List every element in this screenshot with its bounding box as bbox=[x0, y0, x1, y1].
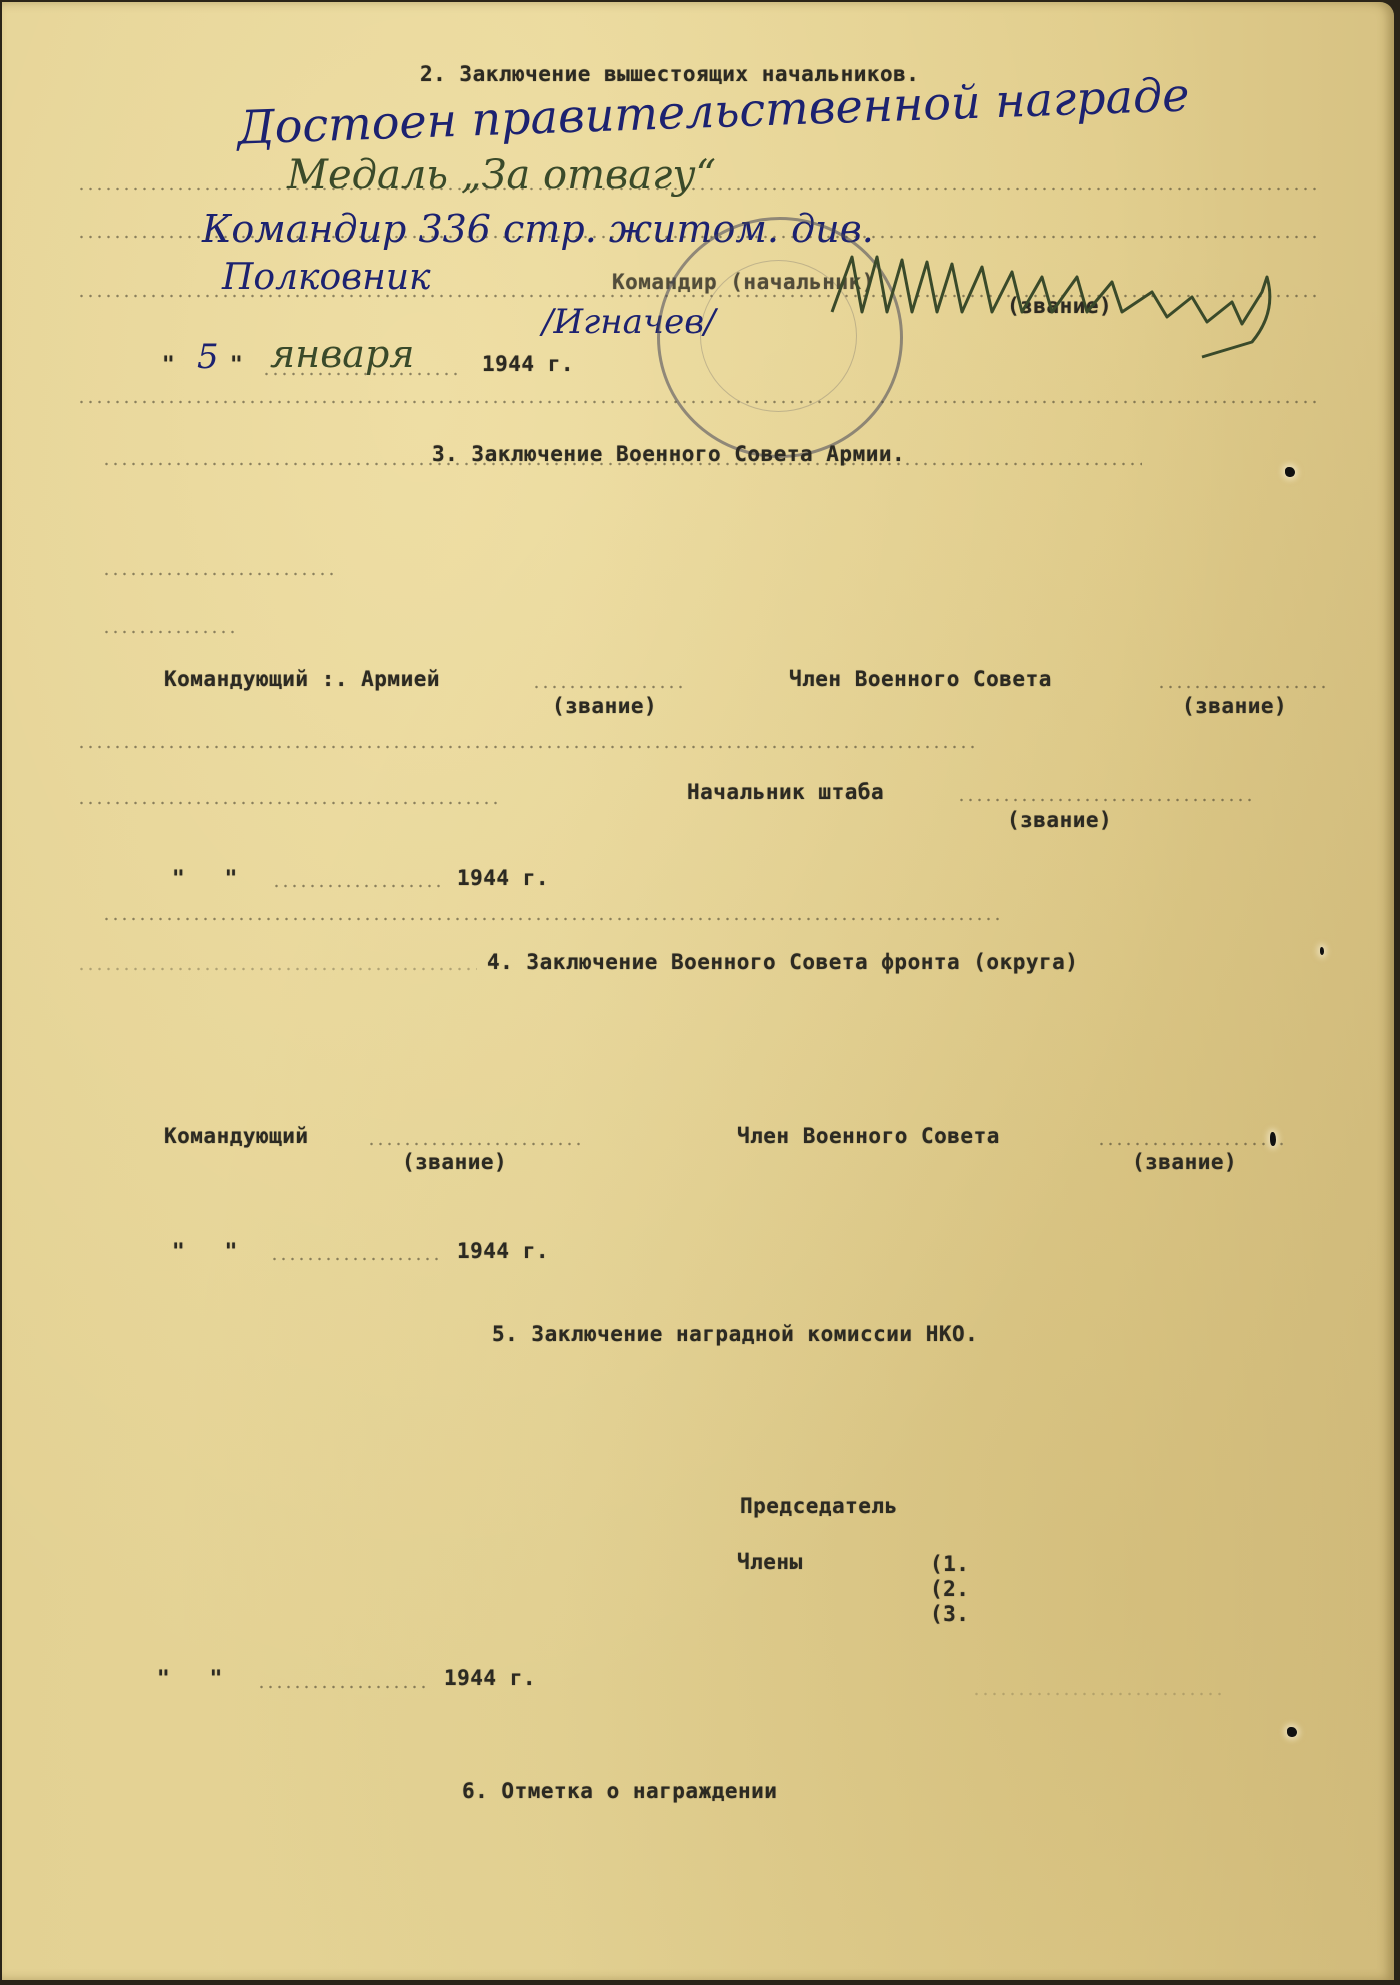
dotted-line bbox=[957, 798, 1257, 802]
date-day: 5 bbox=[197, 337, 219, 377]
army-commander-rank-caption: (звание) bbox=[552, 694, 657, 718]
section5-heading: 5. Заключение наградной комиссии НКО. bbox=[492, 1322, 978, 1346]
dotted-line bbox=[1157, 685, 1327, 689]
date-quote-close: " bbox=[230, 352, 243, 376]
punch-hole-icon bbox=[1320, 947, 1324, 955]
army-date-quotes: " " bbox=[172, 866, 238, 890]
dotted-line bbox=[532, 685, 682, 689]
dotted-line bbox=[1097, 1142, 1287, 1146]
members-label: Члены bbox=[737, 1550, 803, 1574]
front-date-quotes: " " bbox=[172, 1239, 238, 1263]
dotted-line bbox=[102, 917, 1002, 921]
nko-date-quotes: " " bbox=[157, 1666, 223, 1690]
army-council-member-rank-caption: (звание) bbox=[1182, 694, 1287, 718]
dotted-line bbox=[102, 462, 1142, 466]
dotted-line bbox=[262, 372, 462, 376]
chief-of-staff-rank-caption: (звание) bbox=[1007, 808, 1112, 832]
punch-hole-icon bbox=[1285, 467, 1295, 477]
member-2: (2. bbox=[930, 1577, 969, 1601]
punch-hole-icon bbox=[1270, 1132, 1276, 1146]
award-document-page: 2. Заключение вышестоящих начальников. Д… bbox=[2, 2, 1394, 1980]
army-date-year: 1944 г. bbox=[457, 866, 549, 890]
dotted-line bbox=[102, 572, 337, 576]
section6-heading: 6. Отметка о награждении bbox=[462, 1779, 777, 1803]
dotted-line bbox=[77, 967, 477, 971]
chief-of-staff-label: Начальник штаба bbox=[687, 780, 884, 804]
dotted-line bbox=[77, 801, 497, 805]
dotted-line bbox=[77, 400, 1317, 404]
date-year: 1944 г. bbox=[482, 352, 574, 376]
front-council-member-rank-caption: (звание) bbox=[1132, 1150, 1237, 1174]
front-date-year: 1944 г. bbox=[457, 1239, 549, 1263]
army-council-member-label: Член Военного Совета bbox=[789, 667, 1052, 691]
dotted-line bbox=[272, 884, 442, 888]
handwritten-rank: Полковник bbox=[222, 257, 431, 298]
front-council-member-label: Член Военного Совета bbox=[737, 1124, 1000, 1148]
signature-icon bbox=[822, 252, 1282, 362]
date-month: января bbox=[270, 332, 414, 376]
chairman-label: Председатель bbox=[740, 1494, 898, 1518]
member-3: (3. bbox=[930, 1602, 969, 1626]
dotted-line bbox=[77, 187, 1317, 191]
handwritten-award-name: Медаль „За отвагу“ bbox=[287, 152, 716, 198]
nko-date-year: 1944 г. bbox=[444, 1666, 536, 1690]
dotted-line bbox=[270, 1257, 440, 1261]
member-1: (1. bbox=[930, 1552, 969, 1576]
dotted-line bbox=[102, 630, 237, 634]
dotted-line bbox=[77, 235, 1317, 239]
section4-heading: 4. Заключение Военного Совета фронта (ок… bbox=[487, 950, 1078, 974]
army-commander-label: Командующий :. Армией bbox=[164, 667, 440, 691]
front-commander-label: Командующий bbox=[164, 1124, 309, 1148]
dotted-line bbox=[77, 745, 977, 749]
date-quote-open: " bbox=[162, 352, 175, 376]
dotted-line bbox=[972, 1692, 1222, 1696]
dotted-line bbox=[367, 1142, 582, 1146]
punch-hole-icon bbox=[1287, 1727, 1297, 1737]
dotted-line bbox=[257, 1685, 427, 1689]
front-commander-rank-caption: (звание) bbox=[402, 1150, 507, 1174]
